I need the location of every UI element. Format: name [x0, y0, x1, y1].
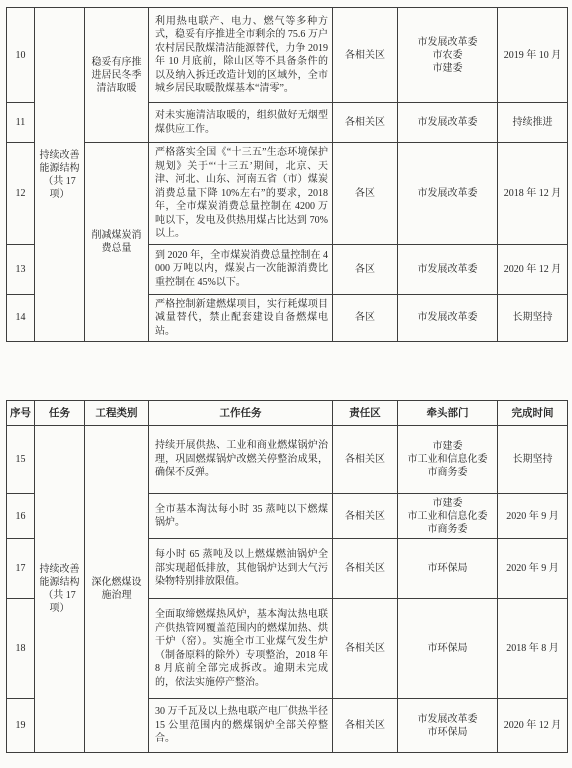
lead-department-cell: 市发展改革委: [398, 103, 498, 143]
project-category-cell: 稳妥有序推进居民冬季清洁取暖: [85, 8, 149, 143]
table-row: 15 持续改善能源结构（共 17 项） 深化燃煤设施治理 持续开展供热、工业和商…: [7, 426, 568, 494]
row-number: 10: [7, 8, 35, 103]
work-task-cell: 全面取缔燃煤热风炉，基本淘汰热电联产供热管网覆盖范围内的燃煤加热、烘干炉（窑）。…: [149, 599, 333, 699]
header-time: 完成时间: [498, 401, 568, 426]
lead-department-cell: 市环保局: [398, 599, 498, 699]
row-number: 15: [7, 426, 35, 494]
completion-time-cell: 2019 年 10 月: [498, 8, 568, 103]
row-number: 16: [7, 494, 35, 539]
header-work: 工作任务: [149, 401, 333, 426]
completion-time-cell: 长期坚持: [498, 426, 568, 494]
row-number: 11: [7, 103, 35, 143]
task-group-cell: 持续改善能源结构（共 17 项）: [35, 426, 85, 753]
responsible-zone-cell: 各相关区: [333, 699, 398, 753]
completion-time-cell: 2020 年 9 月: [498, 494, 568, 539]
work-task-cell: 全市基本淘汰每小时 35 蒸吨以下燃煤锅炉。: [149, 494, 333, 539]
lead-department-cell: 市发展改革委: [398, 143, 498, 245]
work-task-cell: 对未实施清洁取暖的，组织做好无烟型煤供应工作。: [149, 103, 333, 143]
lead-department-cell: 市发展改革委: [398, 294, 498, 342]
work-task-cell: 30 万千瓦及以上热电联产电厂供热半径 15 公里范围内的燃煤锅炉全部关停整合。: [149, 699, 333, 753]
responsible-zone-cell: 各相关区: [333, 426, 398, 494]
responsible-zone-cell: 各区: [333, 244, 398, 294]
responsible-zone-cell: 各相关区: [333, 539, 398, 599]
header-no: 序号: [7, 401, 35, 426]
lead-department-cell: 市发展改革委: [398, 244, 498, 294]
task-table-rows-10-14: 10 持续改善能源结构（共 17 项） 稳妥有序推进居民冬季清洁取暖 利用热电联…: [6, 7, 568, 342]
completion-time-cell: 2020 年 12 月: [498, 244, 568, 294]
completion-time-cell: 2020 年 9 月: [498, 539, 568, 599]
work-task-cell: 到 2020 年，全市煤炭消费总量控制在 4000 万吨以内，煤炭占一次能源消费…: [149, 244, 333, 294]
responsible-zone-cell: 各相关区: [333, 599, 398, 699]
responsible-zone-cell: 各相关区: [333, 103, 398, 143]
work-task-cell: 严格落实全国《“十三五”生态环境保护规划》关于“‘十三五’期间，北京、天津、河北…: [149, 143, 333, 245]
header-task: 任务: [35, 401, 85, 426]
completion-time-cell: 2018 年 12 月: [498, 143, 568, 245]
project-category-cell: 深化燃煤设施治理: [85, 426, 149, 753]
completion-time-cell: 2018 年 8 月: [498, 599, 568, 699]
header-category: 工程类别: [85, 401, 149, 426]
responsible-zone-cell: 各区: [333, 143, 398, 245]
completion-time-cell: 持续推进: [498, 103, 568, 143]
work-task-cell: 每小时 65 蒸吨及以上燃煤燃油锅炉全部实现超低排放，其他锅炉达到大气污染物特别…: [149, 539, 333, 599]
row-number: 14: [7, 294, 35, 342]
row-number: 13: [7, 244, 35, 294]
table-row: 10 持续改善能源结构（共 17 项） 稳妥有序推进居民冬季清洁取暖 利用热电联…: [7, 8, 568, 103]
row-number: 12: [7, 143, 35, 245]
work-task-cell: 严格控制新建燃煤项目，实行耗煤项目减量替代，禁止配套建设自备燃煤电站。: [149, 294, 333, 342]
work-task-cell: 持续开展供热、工业和商业燃煤锅炉治理，巩固燃煤锅炉改燃关停整治成果，确保不反弹。: [149, 426, 333, 494]
row-number: 17: [7, 539, 35, 599]
responsible-zone-cell: 各相关区: [333, 8, 398, 103]
header-zone: 责任区: [333, 401, 398, 426]
table-header-row: 序号 任务 工程类别 工作任务 责任区 牵头部门 完成时间: [7, 401, 568, 426]
completion-time-cell: 2020 年 12 月: [498, 699, 568, 753]
completion-time-cell: 长期坚持: [498, 294, 568, 342]
table-row: 12 削减煤炭消费总量 严格落实全国《“十三五”生态环境保护规划》关于“‘十三五…: [7, 143, 568, 245]
document-page: 10 持续改善能源结构（共 17 项） 稳妥有序推进居民冬季清洁取暖 利用热电联…: [0, 0, 572, 768]
project-category-cell: 削减煤炭消费总量: [85, 143, 149, 342]
lead-department-cell: 市建委 市工业和信息化委 市商务委: [398, 426, 498, 494]
work-task-cell: 利用热电联产、电力、燃气等多种方式，稳妥有序推进全市剩余的 75.6 万户农村居…: [149, 8, 333, 103]
row-number: 18: [7, 599, 35, 699]
task-group-cell: 持续改善能源结构（共 17 项）: [35, 8, 85, 342]
responsible-zone-cell: 各相关区: [333, 494, 398, 539]
lead-department-cell: 市环保局: [398, 539, 498, 599]
responsible-zone-cell: 各区: [333, 294, 398, 342]
header-dept: 牵头部门: [398, 401, 498, 426]
task-table-rows-15-19: 序号 任务 工程类别 工作任务 责任区 牵头部门 完成时间 15 持续改善能源结…: [6, 400, 568, 753]
lead-department-cell: 市发展改革委 市环保局: [398, 699, 498, 753]
lead-department-cell: 市发展改革委 市农委 市建委: [398, 8, 498, 103]
lead-department-cell: 市建委 市工业和信息化委 市商务委: [398, 494, 498, 539]
row-number: 19: [7, 699, 35, 753]
